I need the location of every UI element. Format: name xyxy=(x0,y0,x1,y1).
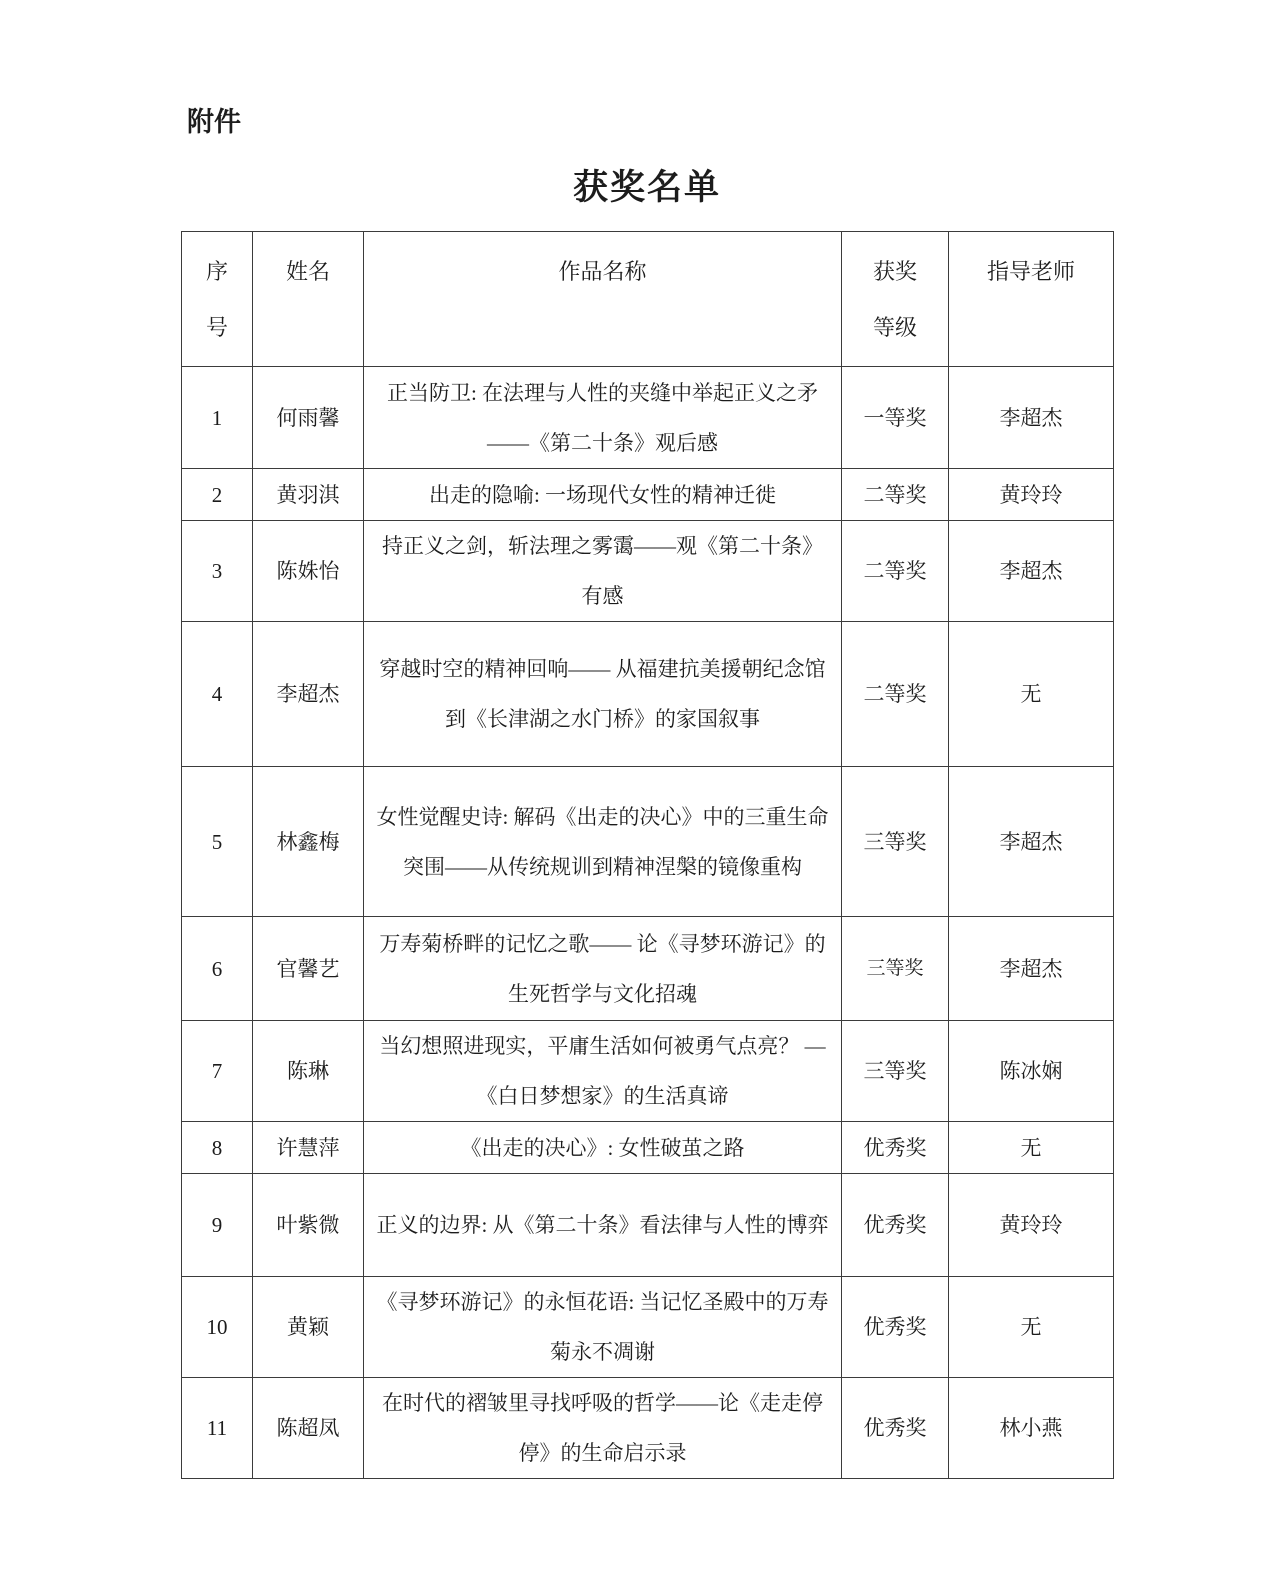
cell-advisor: 无 xyxy=(949,1122,1114,1174)
cell-award: 三等奖 xyxy=(842,767,949,917)
cell-no: 9 xyxy=(182,1174,253,1277)
cell-no: 8 xyxy=(182,1122,253,1174)
cell-name: 陈姝怡 xyxy=(253,521,364,622)
cell-name: 陈超凤 xyxy=(253,1378,364,1479)
cell-no: 11 xyxy=(182,1378,253,1479)
cell-award: 优秀奖 xyxy=(842,1277,949,1378)
cell-name: 许慧萍 xyxy=(253,1122,364,1174)
document-content: 附件 获奖名单 序 号 姓名 作品名称 获奖 等级 指导 xyxy=(181,0,1113,1479)
cell-work: 穿越时空的精神回响—— 从福建抗美援朝纪念馆到《长津湖之水门桥》的家国叙事 xyxy=(364,622,842,767)
cell-work: 《出走的决心》: 女性破茧之路 xyxy=(364,1122,842,1174)
page-title: 获奖名单 xyxy=(181,166,1113,210)
cell-advisor: 无 xyxy=(949,622,1114,767)
cell-no: 2 xyxy=(182,469,253,521)
cell-advisor: 黄玲玲 xyxy=(949,469,1114,521)
table-header-row: 序 号 姓名 作品名称 获奖 等级 指导老师 xyxy=(182,232,1114,367)
award-table: 序 号 姓名 作品名称 获奖 等级 指导老师 1 何雨馨 正当防卫: 在法理与 xyxy=(181,231,1114,1479)
header-name: 姓名 xyxy=(253,232,364,367)
cell-name: 黄羽淇 xyxy=(253,469,364,521)
cell-advisor: 李超杰 xyxy=(949,917,1114,1021)
cell-name: 黄颖 xyxy=(253,1277,364,1378)
cell-no: 6 xyxy=(182,917,253,1021)
table-row: 10 黄颖 《寻梦环游记》的永恒花语: 当记忆圣殿中的万寿菊永不凋谢 优秀奖 无 xyxy=(182,1277,1114,1378)
cell-award: 二等奖 xyxy=(842,469,949,521)
cell-advisor: 林小燕 xyxy=(949,1378,1114,1479)
header-index-line2: 号 xyxy=(182,300,252,356)
table-row: 1 何雨馨 正当防卫: 在法理与人性的夹缝中举起正义之矛 ——《第二十条》观后感… xyxy=(182,367,1114,469)
table-row: 7 陈琳 当幻想照进现实，平庸生活如何被勇气点亮？ —《白日梦想家》的生活真谛 … xyxy=(182,1021,1114,1122)
cell-award: 二等奖 xyxy=(842,622,949,767)
cell-name: 叶紫微 xyxy=(253,1174,364,1277)
cell-award: 优秀奖 xyxy=(842,1122,949,1174)
cell-work: 《寻梦环游记》的永恒花语: 当记忆圣殿中的万寿菊永不凋谢 xyxy=(364,1277,842,1378)
cell-name: 官馨艺 xyxy=(253,917,364,1021)
header-award-line2: 等级 xyxy=(842,300,948,356)
cell-no: 10 xyxy=(182,1277,253,1378)
document-page: 附件 获奖名单 序 号 姓名 作品名称 获奖 等级 指导 xyxy=(0,0,1266,1596)
cell-no: 7 xyxy=(182,1021,253,1122)
header-award: 获奖 等级 xyxy=(842,232,949,367)
cell-work: 当幻想照进现实，平庸生活如何被勇气点亮？ —《白日梦想家》的生活真谛 xyxy=(364,1021,842,1122)
table-row: 11 陈超凤 在时代的褶皱里寻找呼吸的哲学——论《走走停停》的生命启示录 优秀奖… xyxy=(182,1378,1114,1479)
cell-no: 4 xyxy=(182,622,253,767)
cell-no: 3 xyxy=(182,521,253,622)
cell-award: 优秀奖 xyxy=(842,1174,949,1277)
cell-name: 陈琳 xyxy=(253,1021,364,1122)
cell-advisor: 李超杰 xyxy=(949,367,1114,469)
attachment-label: 附件 xyxy=(181,104,1113,140)
cell-work: 出走的隐喻: 一场现代女性的精神迁徙 xyxy=(364,469,842,521)
cell-name: 何雨馨 xyxy=(253,367,364,469)
cell-advisor: 无 xyxy=(949,1277,1114,1378)
cell-award: 一等奖 xyxy=(842,367,949,469)
cell-name: 林鑫梅 xyxy=(253,767,364,917)
cell-award: 三等奖 xyxy=(842,1021,949,1122)
cell-advisor: 陈冰娴 xyxy=(949,1021,1114,1122)
cell-no: 1 xyxy=(182,367,253,469)
cell-work: 在时代的褶皱里寻找呼吸的哲学——论《走走停停》的生命启示录 xyxy=(364,1378,842,1479)
cell-name: 李超杰 xyxy=(253,622,364,767)
cell-advisor: 李超杰 xyxy=(949,521,1114,622)
cell-work: 正当防卫: 在法理与人性的夹缝中举起正义之矛 ——《第二十条》观后感 xyxy=(364,367,842,469)
table-row: 5 林鑫梅 女性觉醒史诗: 解码《出走的决心》中的三重生命突围——从传统规训到精… xyxy=(182,767,1114,917)
header-award-line1: 获奖 xyxy=(842,244,948,300)
header-advisor: 指导老师 xyxy=(949,232,1114,367)
table-row: 9 叶紫微 正义的边界: 从《第二十条》看法律与人性的博弈 优秀奖 黄玲玲 xyxy=(182,1174,1114,1277)
cell-work: 万寿菊桥畔的记忆之歌—— 论《寻梦环游记》的生死哲学与文化招魂 xyxy=(364,917,842,1021)
cell-no: 5 xyxy=(182,767,253,917)
table-row: 4 李超杰 穿越时空的精神回响—— 从福建抗美援朝纪念馆到《长津湖之水门桥》的家… xyxy=(182,622,1114,767)
header-index: 序 号 xyxy=(182,232,253,367)
cell-advisor: 李超杰 xyxy=(949,767,1114,917)
table-row: 6 官馨艺 万寿菊桥畔的记忆之歌—— 论《寻梦环游记》的生死哲学与文化招魂 三等… xyxy=(182,917,1114,1021)
header-index-line1: 序 xyxy=(182,244,252,300)
header-work: 作品名称 xyxy=(364,232,842,367)
table-row: 8 许慧萍 《出走的决心》: 女性破茧之路 优秀奖 无 xyxy=(182,1122,1114,1174)
cell-work: 女性觉醒史诗: 解码《出走的决心》中的三重生命突围——从传统规训到精神涅槃的镜像… xyxy=(364,767,842,917)
cell-work: 持正义之剑，斩法理之雾霭——观《第二十条》有感 xyxy=(364,521,842,622)
cell-award: 三等奖 xyxy=(842,917,949,1021)
cell-advisor: 黄玲玲 xyxy=(949,1174,1114,1277)
cell-work: 正义的边界: 从《第二十条》看法律与人性的博弈 xyxy=(364,1174,842,1277)
table-row: 3 陈姝怡 持正义之剑，斩法理之雾霭——观《第二十条》有感 二等奖 李超杰 xyxy=(182,521,1114,622)
table-row: 2 黄羽淇 出走的隐喻: 一场现代女性的精神迁徙 二等奖 黄玲玲 xyxy=(182,469,1114,521)
cell-award: 优秀奖 xyxy=(842,1378,949,1479)
cell-award: 二等奖 xyxy=(842,521,949,622)
